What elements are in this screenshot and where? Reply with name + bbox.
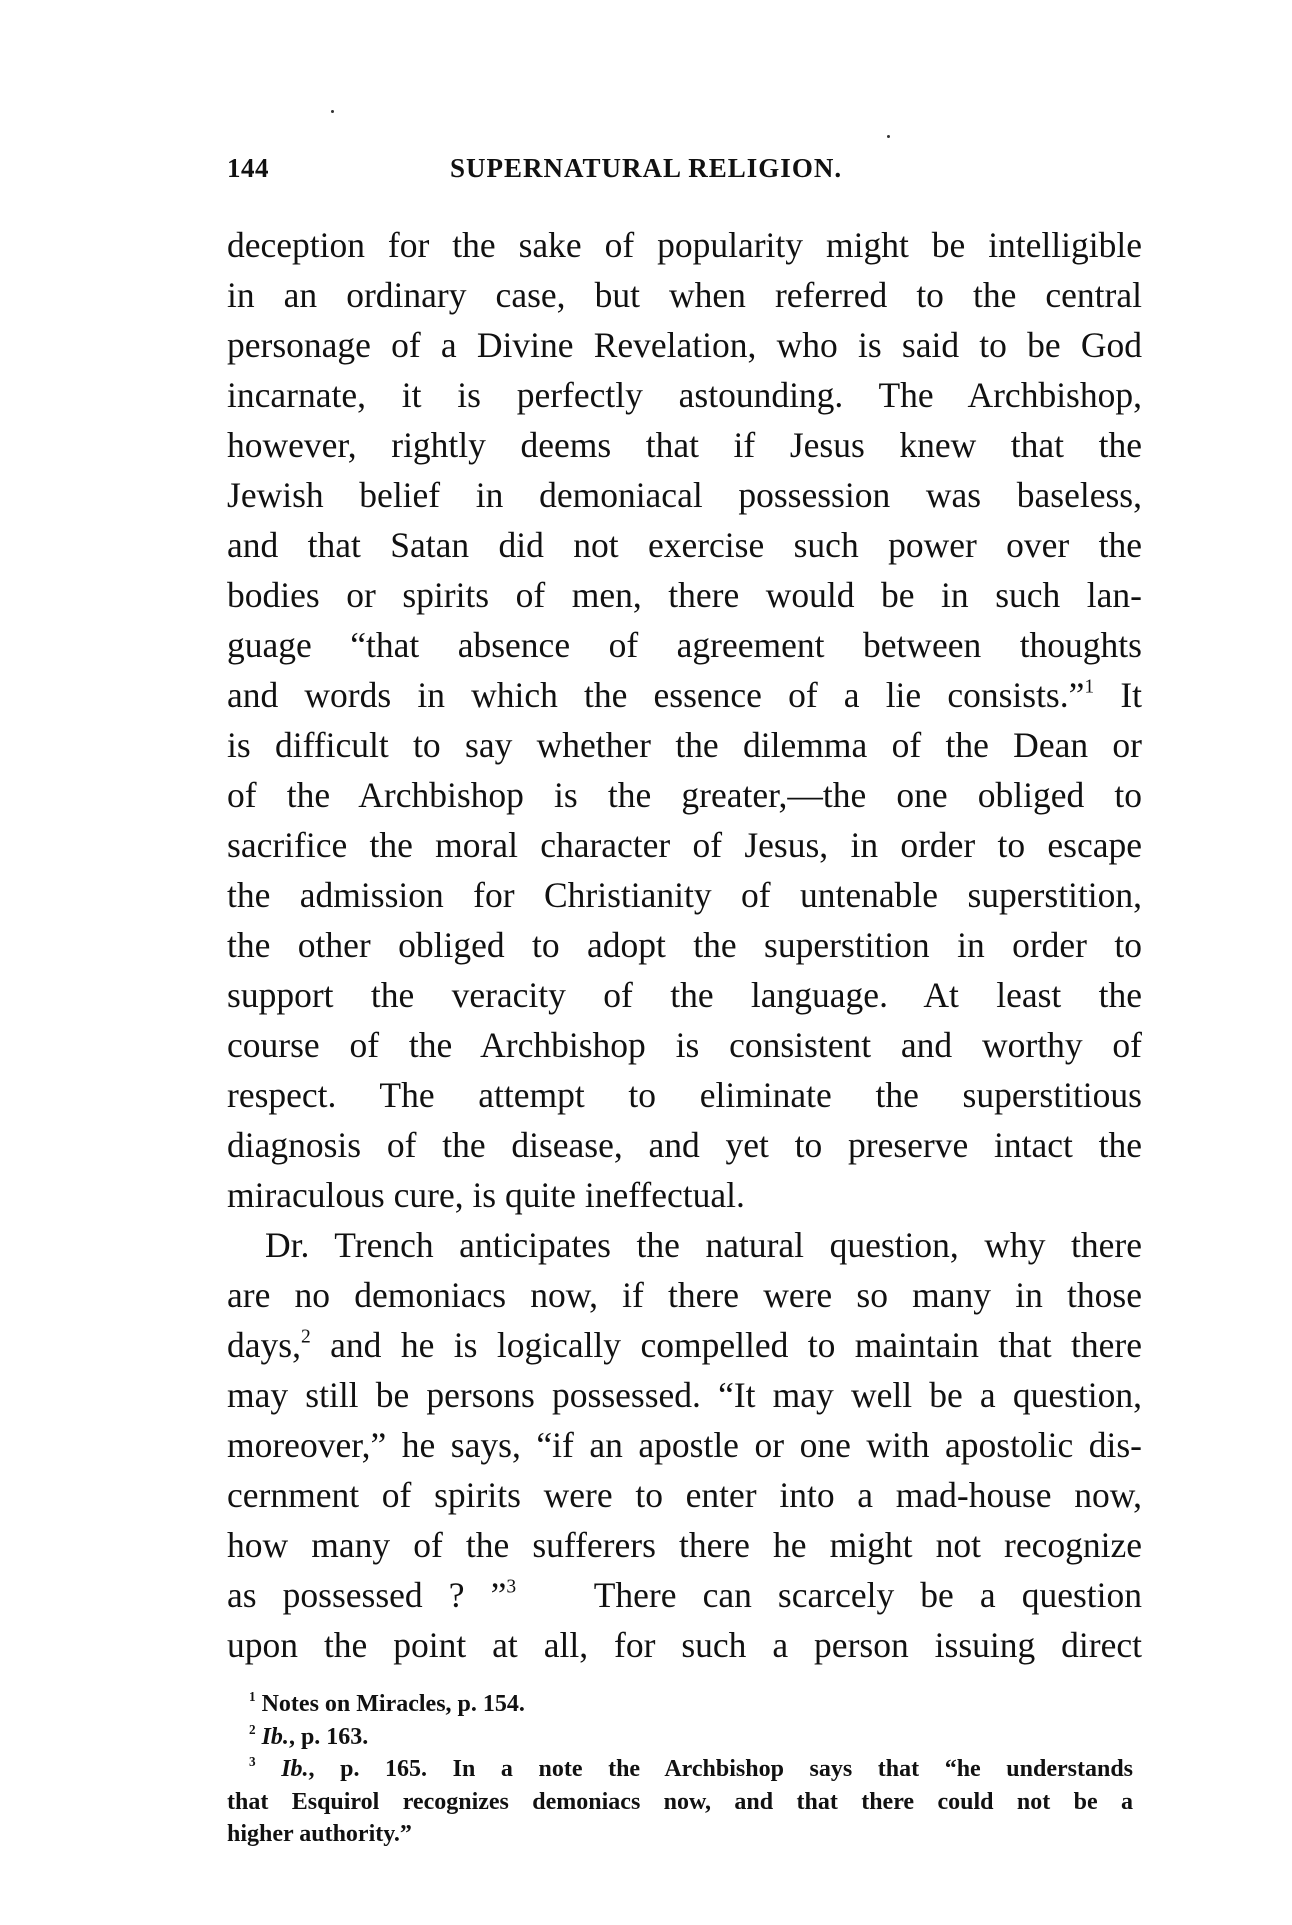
line-text: as possessed ? ” [227,1575,506,1615]
text-line: the other obliged to adopt the superstit… [227,920,1142,970]
text-line: however, rightly deems that if Jesus kne… [227,420,1142,470]
footnotes: 1 Notes on Miracles, p. 154. 2 Ib., p. 1… [227,1688,1133,1851]
text-line: personage of a Divine Revelation, who is… [227,320,1142,370]
text-line: moreover,” he says, “if an apostle or on… [227,1420,1142,1470]
footnote-marker: 1 [249,1689,256,1704]
footnote-marker: 2 [249,1722,256,1737]
footnote-3: 3 Ib., p. 165. In a note the Archbishop … [227,1753,1133,1786]
text-line: support the veracity of the language. At… [227,970,1142,1020]
footnote-ibid: Ib. [262,1724,289,1750]
text-line: as possessed ? ”3 There can scarcely be … [227,1570,1142,1620]
scan-speck [331,110,334,113]
running-head: 144 SUPERNATURAL RELIGION. [227,150,1142,186]
scan-speck [887,135,890,138]
text-line: bodies or spirits of men, there would be… [227,570,1142,620]
footnote-ref-2[interactable]: 2 [301,1326,311,1347]
text-line: guage “that absence of agreement between… [227,620,1142,670]
text-line: diagnosis of the disease, and yet to pre… [227,1120,1142,1170]
footnote-ibid: Ib. [281,1756,308,1782]
text-line: deception for the sake of popularity mig… [227,220,1142,270]
text-line: is difficult to say whether the dilemma … [227,720,1142,770]
text-line: the admission for Christianity of untena… [227,870,1142,920]
page-number: 144 [227,150,269,186]
text-line: miraculous cure, is quite ineffectual. [227,1170,1142,1220]
line-text: days, [227,1325,301,1365]
text-line: of the Archbishop is the greater,—the on… [227,770,1142,820]
footnote-marker: 3 [249,1754,256,1769]
text-line: days,2 and he is logically compelled to … [227,1320,1142,1370]
running-title: SUPERNATURAL RELIGION. [450,150,842,186]
line-text: It [1120,675,1142,715]
text-line: and words in which the essence of a lie … [227,670,1142,720]
text-line: cernment of spirits were to enter into a… [227,1470,1142,1520]
body-text: deception for the sake of popularity mig… [227,220,1142,1670]
footnote-2: 2 Ib., p. 163. [227,1721,1133,1754]
paragraph: Dr. Trench anticipates the natural quest… [227,1220,1142,1670]
text-line: course of the Archbishop is consistent a… [227,1020,1142,1070]
text-line: in an ordinary case, but when referred t… [227,270,1142,320]
text-line: and that Satan did not exercise such pow… [227,520,1142,570]
line-text: and words in which the essence of a lie … [227,675,1084,715]
line-text: and he is logically compelled to maintai… [330,1325,1142,1365]
footnote-text: , p. 165. In a note the Archbishop says … [309,1756,1133,1782]
text-line: are no demoniacs now, if there were so m… [227,1270,1142,1320]
text-line: respect. The attempt to eliminate the su… [227,1070,1142,1120]
text-line: upon the point at all, for such a person… [227,1620,1142,1670]
line-text: There can scarcely be a question [594,1575,1142,1615]
text-line: Dr. Trench anticipates the natural quest… [227,1220,1142,1270]
footnote-text: Notes on Miracles, p. 154. [262,1691,525,1717]
text-line: Jewish belief in demoniacal possession w… [227,470,1142,520]
text-line: incarnate, it is perfectly astounding. T… [227,370,1142,420]
text-line: how many of the sufferers there he might… [227,1520,1142,1570]
footnote-3-continuation: that Esquirol recognizes demoniacs now, … [227,1786,1133,1819]
text-line: may still be persons possessed. “It may … [227,1370,1142,1420]
footnote-3-continuation: higher authority.” [227,1818,1133,1851]
footnote-1: 1 Notes on Miracles, p. 154. [227,1688,1133,1721]
text-line: sacrifice the moral character of Jesus, … [227,820,1142,870]
footnote-ref-1[interactable]: 1 [1084,676,1094,697]
footnote-ref-3[interactable]: 3 [506,1576,516,1597]
footnote-text: , p. 163. [289,1724,368,1750]
paragraph: deception for the sake of popularity mig… [227,220,1142,1220]
